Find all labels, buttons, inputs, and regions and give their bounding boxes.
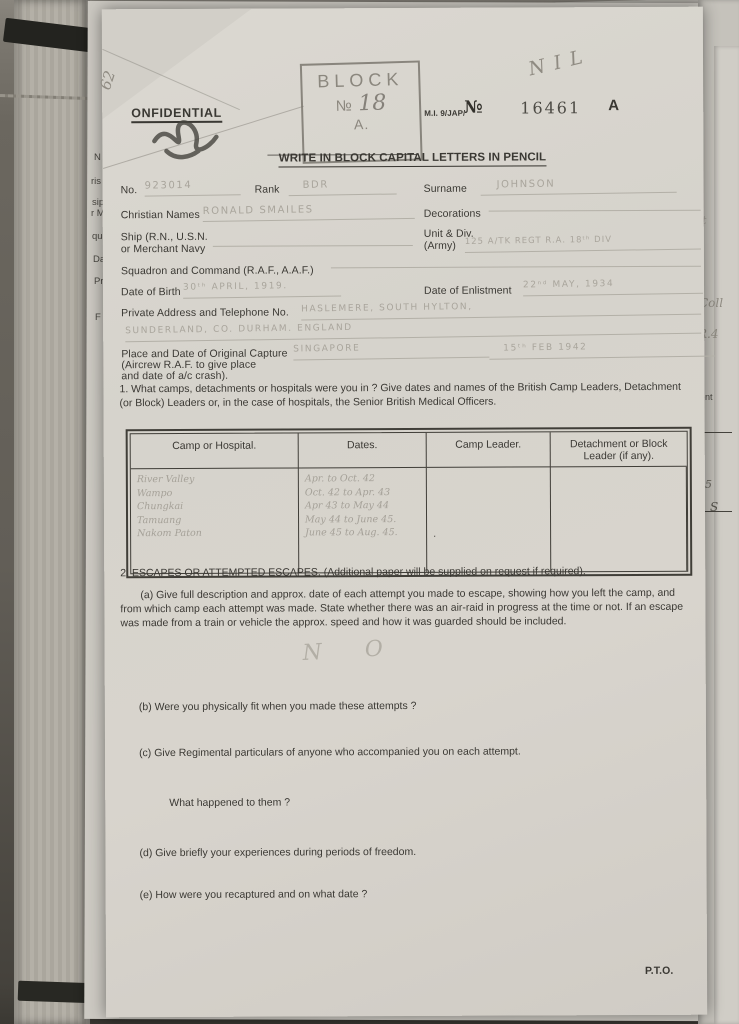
- field-decorations-label: Decorations: [424, 208, 481, 220]
- nil-annotation: NIL: [526, 44, 593, 80]
- left-edge-fragment: qu: [92, 231, 103, 242]
- camp-entry: River Valley: [137, 472, 292, 486]
- right-edge-fragment: 5: [705, 478, 712, 491]
- question-2a-answer: N O: [302, 635, 402, 666]
- field-no-label: No.: [121, 184, 138, 196]
- field-ship-label-1: Ship (R.N., U.S.N.: [121, 231, 208, 243]
- table-header-camp: Camp or Hospital.: [131, 433, 299, 469]
- table-cell-leader: .: [427, 467, 551, 572]
- question-2c2-text: What happened to them ?: [169, 797, 290, 811]
- dates-entry: May 44 to June 45.: [305, 512, 420, 526]
- table-header-dates: Dates.: [299, 433, 427, 469]
- field-rank-label: Rank: [255, 184, 280, 196]
- pto-note: P.T.O.: [645, 965, 673, 977]
- stamp-sub: A.: [303, 115, 419, 134]
- dates-entry: Apr. to Oct. 42: [305, 472, 420, 486]
- ref-prefix: M.I. 9/JAP/: [424, 109, 465, 118]
- question-2a-text: (a) Give full description and approx. da…: [120, 587, 696, 631]
- dates-entry: Apr 43 to May 44: [305, 499, 420, 513]
- left-edge-fragment: F: [95, 312, 101, 323]
- question-1-text: 1. What camps, detachments or hospitals …: [119, 381, 691, 411]
- table-header-leader: Camp Leader.: [427, 432, 551, 468]
- stamp-number: 18: [358, 90, 387, 116]
- field-surname-label: Surname: [424, 183, 467, 195]
- camp-entry: Chungkai: [137, 499, 292, 513]
- under-page-right-edge-2: [714, 46, 739, 1024]
- field-no-value: 923014: [144, 179, 240, 196]
- field-address-label: Private Address and Telephone No.: [121, 307, 289, 320]
- question-2b-text: (b) Were you physically fit when you mad…: [139, 700, 417, 715]
- field-address-value-2: SUNDERLAND, CO. DURHAM. ENGLAND: [125, 318, 701, 343]
- camp-entry: Wampo: [137, 486, 292, 500]
- dates-entry: June 45 to Aug. 45.: [305, 526, 420, 540]
- field-ship-value: [213, 230, 413, 247]
- question-2-heading: 2. ESCAPES OR ATTEMPTED ESCAPES. (Additi…: [120, 565, 694, 581]
- table-cell-detachment: [551, 467, 687, 572]
- stamp-word: BLOCK: [302, 69, 419, 93]
- field-christian-value: RONALD SMAILES: [203, 203, 415, 222]
- field-dob-value: 30ᵗʰ APRIL, 1919.: [183, 280, 341, 298]
- camp-entry: Nakom Paton: [137, 526, 292, 540]
- question-2e-text: (e) How were you recaptured and on what …: [140, 888, 368, 903]
- field-capture-date: 15ᵗʰ FEB 1942: [489, 340, 715, 359]
- left-edge-fragment: ris: [91, 176, 101, 187]
- left-edge-fragment: N: [94, 152, 101, 163]
- question-2d-text: (d) Give briefly your experiences during…: [139, 846, 416, 861]
- field-squadron-label: Squadron and Command (R.A.F., A.A.F.): [121, 264, 314, 277]
- field-christian-label: Christian Names: [121, 209, 200, 221]
- leader-mark: .: [433, 527, 544, 539]
- field-unit-label-2: (Army): [424, 240, 456, 252]
- field-squadron-value: [331, 251, 701, 269]
- table-header-detachment: Detachment or Block Leader (if any).: [551, 432, 687, 468]
- question-2c-text: (c) Give Regimental particulars of anyon…: [139, 745, 521, 760]
- field-decorations-value: [489, 195, 701, 212]
- field-enlist-label: Date of Enlistment: [424, 285, 512, 297]
- ref-no: №: [464, 98, 483, 118]
- scanned-pow-form-photo: N ris sip r M qu Da Pr F t Coll R.4 ent …: [0, 0, 739, 1024]
- torn-corner: [102, 9, 252, 120]
- field-dob-label: Date of Birth: [121, 286, 181, 298]
- right-edge-fragment: S: [710, 500, 718, 514]
- field-ship-label-2: or Merchant Navy: [121, 243, 206, 255]
- dates-entry: Oct. 42 to Apr. 43: [305, 485, 420, 499]
- field-address-value-1: HASLEMERE, SOUTH HYLTON,: [301, 299, 701, 321]
- ref-number: 16461: [520, 98, 581, 117]
- camps-table: Camp or Hospital. Dates. Camp Leader. De…: [126, 427, 693, 578]
- field-rank-value: BDR: [288, 178, 396, 196]
- stamp-no: №: [336, 97, 355, 115]
- field-enlist-value: 22ⁿᵈ MAY, 1934: [523, 278, 703, 297]
- field-capture-label-3: and date of a/c crash).: [121, 370, 228, 382]
- field-surname-value: JOHNSON: [480, 177, 676, 196]
- camp-entry: Tamuang: [137, 513, 292, 527]
- binder-spine: [14, 0, 90, 1024]
- pow-questionnaire-page: 62 ONFIDENTIAL BLOCK № 18 A. M.I. 9/JAP/…: [102, 7, 707, 1018]
- instruction-line: WRITE IN BLOCK CAPITAL LETTERS IN PENCIL: [212, 147, 612, 167]
- ref-series: A: [608, 97, 619, 114]
- table-cell-dates: Apr. to Oct. 42 Oct. 42 to Apr. 43 Apr 4…: [299, 468, 427, 573]
- table-cell-camps: River Valley Wampo Chungkai Tamuang Nako…: [131, 468, 299, 573]
- field-capture-place: SINGAPORE: [293, 342, 489, 361]
